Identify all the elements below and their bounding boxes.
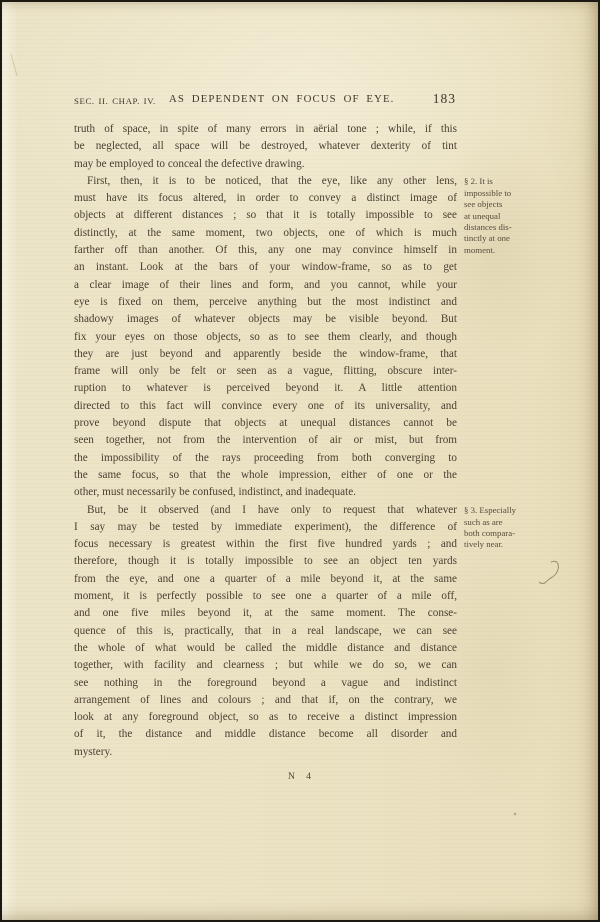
margin-note-line: tinctly at one	[464, 233, 548, 244]
running-head-title: AS DEPENDENT ON FOCUS OF EYE.	[169, 93, 394, 105]
text-line: arrangement of lines and colours ; and t…	[74, 692, 457, 709]
text-line: the impossibility of the rays proceeding…	[74, 450, 457, 467]
text-line: be neglected, all space will be destroye…	[74, 138, 457, 155]
text-line: an instant. Look at the bars of your win…	[74, 259, 457, 276]
text-line: may be employed to conceal the defective…	[74, 156, 457, 173]
text-line: the same focus, so that the whole impres…	[74, 467, 457, 484]
text-block: truth of space, in spite of many errors …	[74, 121, 457, 761]
margin-note-line: impossible to	[464, 188, 548, 199]
page-number: 183	[416, 91, 456, 107]
text-line: must have its focus altered, in order to…	[74, 190, 457, 207]
hair-mark	[539, 561, 558, 583]
text-line: But, be it observed (and I have only to …	[74, 502, 457, 519]
text-line: truth of space, in spite of many errors …	[74, 121, 457, 138]
text-line: directed to this fact will convince ever…	[74, 398, 457, 415]
running-head-section: SEC. II. CHAP. IV.	[74, 96, 156, 106]
text-line: see nothing in the foreground beyond a v…	[74, 675, 457, 692]
speck-mark	[514, 813, 517, 816]
text-line: of it, the distance and middle distance …	[74, 726, 457, 743]
text-line: farther off than another. Of this, any o…	[74, 242, 457, 259]
margin-note-line: such as are	[464, 517, 548, 528]
text-line: seen together, not from the intervention…	[74, 432, 457, 449]
text-line: the whole of what would be called the mi…	[74, 640, 457, 657]
paragraph: First, then, it is to be noticed, that t…	[74, 173, 457, 502]
text-line: ruption to whatever is perceived beyond …	[74, 380, 457, 397]
text-line: distinctly, at the same moment, two obje…	[74, 225, 457, 242]
scratch-mark	[11, 54, 17, 76]
margin-note: § 3. Especiallysuch as areboth compara-t…	[464, 505, 548, 551]
margin-note-line: tively near.	[464, 539, 548, 550]
text-line: eye is fixed on them, perceive anything …	[74, 294, 457, 311]
text-line: objects at different distances ; so that…	[74, 207, 457, 224]
text-line: moment, it is perfectly possible to see …	[74, 588, 457, 605]
margin-note-line: at unequal	[464, 211, 548, 222]
text-line: mystery.	[74, 744, 457, 761]
margin-note-line: see objects	[464, 199, 548, 210]
text-line: focus necessary is greatest within the f…	[74, 536, 457, 553]
paragraph: truth of space, in spite of many errors …	[74, 121, 457, 173]
margin-note-line: § 3. Especially	[464, 505, 548, 516]
text-line: and one five miles beyond it, at the sam…	[74, 605, 457, 622]
paragraph: But, be it observed (and I have only to …	[74, 502, 457, 761]
text-line: prove beyond dispute that objects at une…	[74, 415, 457, 432]
text-line: therefore, though it is totally impossib…	[74, 553, 457, 570]
text-line: First, then, it is to be noticed, that t…	[74, 173, 457, 190]
margin-note-line: moment.	[464, 245, 548, 256]
margin-note-line: both compara-	[464, 528, 548, 539]
text-line: from the eye, and one a quarter of a mil…	[74, 571, 457, 588]
text-line: look at any foreground object, so as to …	[74, 709, 457, 726]
text-line: frame will only be felt or seen as a vag…	[74, 363, 457, 380]
margin-note-line: § 2. It is	[464, 176, 548, 187]
text-line: I say may be tested by immediate experim…	[74, 519, 457, 536]
text-line: a clear image of their lines and form, a…	[74, 277, 457, 294]
text-line: other, must necessarily be confused, ind…	[74, 484, 457, 501]
margin-note: § 2. It isimpossible tosee objectsat une…	[464, 176, 548, 256]
text-line: quence of this is, practically, that in …	[74, 623, 457, 640]
margin-note-line: distances dis-	[464, 222, 548, 233]
text-line: they are just beyond and apparently besi…	[74, 346, 457, 363]
text-line: shadowy images of whatever objects may b…	[74, 311, 457, 328]
text-line: together, with facility and clearness ; …	[74, 657, 457, 674]
text-line: fix your eyes on those objects, so as to…	[74, 329, 457, 346]
page: SEC. II. CHAP. IV. AS DEPENDENT ON FOCUS…	[0, 0, 600, 922]
page-edge-highlight	[2, 2, 10, 920]
signature-mark: N 4	[2, 772, 598, 782]
